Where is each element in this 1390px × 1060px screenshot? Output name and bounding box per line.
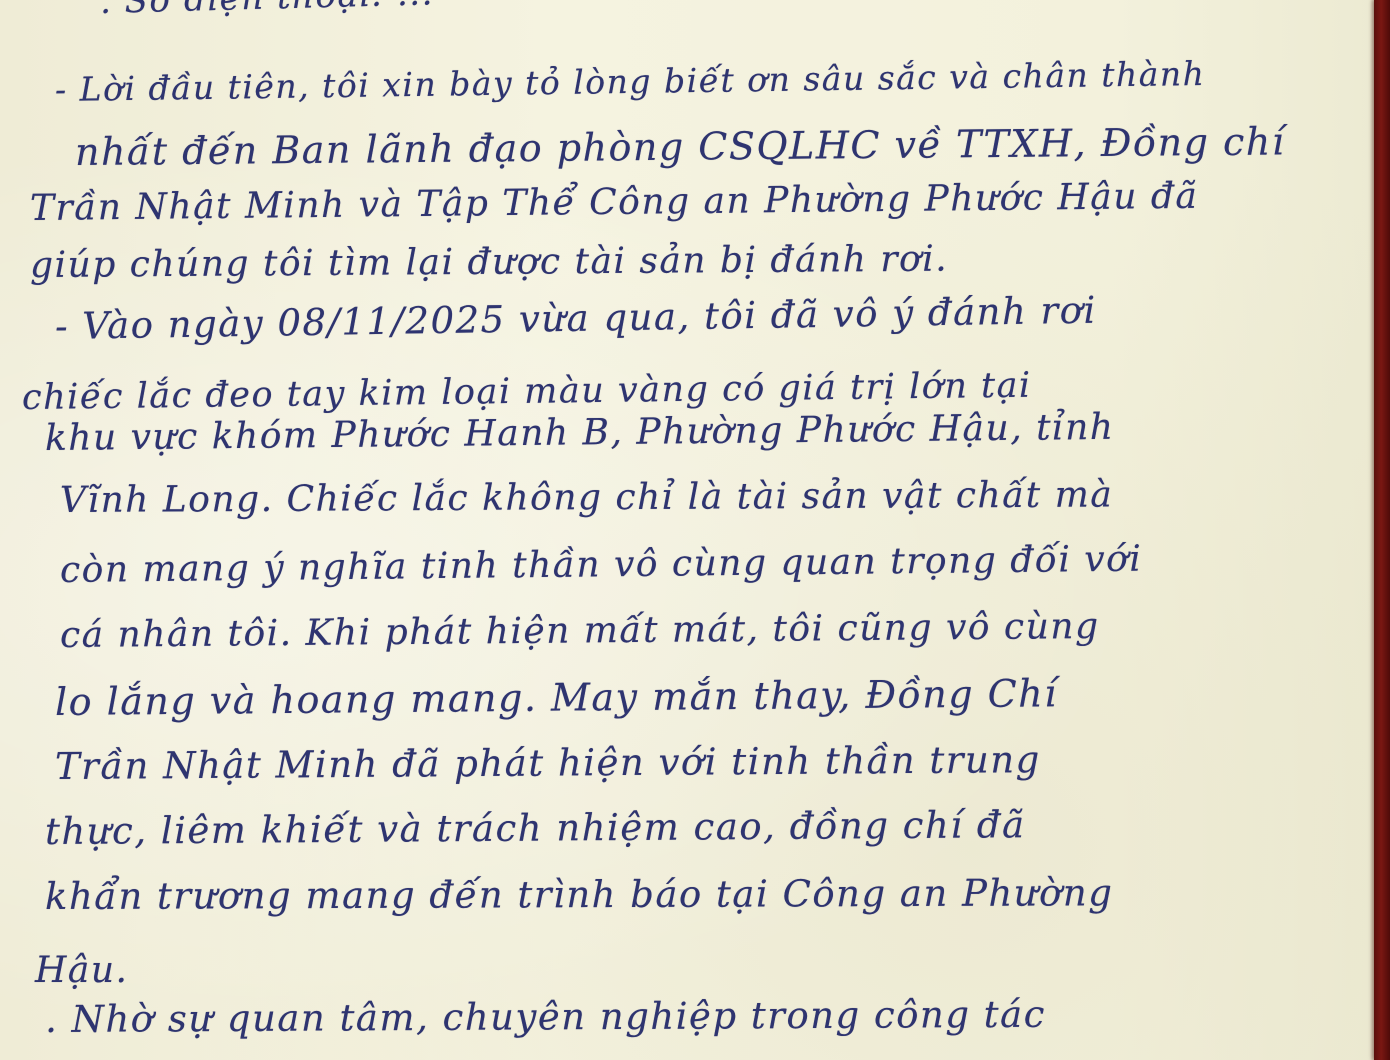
maroon-frame-edge [1374,0,1390,1060]
handwritten-text-body: . Số điện thoại: ... - Lời đầu tiên, tôi… [0,0,1370,1060]
text-line: thực, liêm khiết và trách nhiệm cao, đồn… [45,803,1026,853]
text-line: cá nhân tôi. Khi phát hiện mất mát, tôi … [60,606,1100,656]
text-line: Hậu. [35,950,129,991]
text-line: nhất đến Ban lãnh đạo phòng CSQLHC về TT… [75,119,1286,174]
letter-photo: . Số điện thoại: ... - Lời đầu tiên, tôi… [0,0,1390,1060]
text-line-date: - Vào ngày 08/11/2025 vừa qua, tôi đã vô… [55,289,1097,348]
text-line: . Nhờ sự quan tâm, chuyên nghiệp trong c… [45,993,1046,1041]
text-line-phone: . Số điện thoại: ... [99,0,434,22]
text-line: còn mang ý nghĩa tinh thần vô cùng quan … [60,539,1143,591]
text-line: lo lắng và hoang mang. May mắn thay, Đồn… [55,671,1058,724]
text-line: khẩn trương mang đến trình báo tại Công … [45,871,1114,918]
text-line: Trần Nhật Minh đã phát hiện với tinh thầ… [55,738,1041,788]
text-line: Trần Nhật Minh và Tập Thể Công an Phường… [30,176,1199,229]
text-line: Vĩnh Long. Chiếc lắc không chỉ là tài sả… [60,474,1113,521]
text-line: - Lời đầu tiên, tôi xin bày tỏ lòng biết… [55,54,1206,109]
text-line: giúp chúng tôi tìm lại được tài sản bị đ… [30,239,948,286]
